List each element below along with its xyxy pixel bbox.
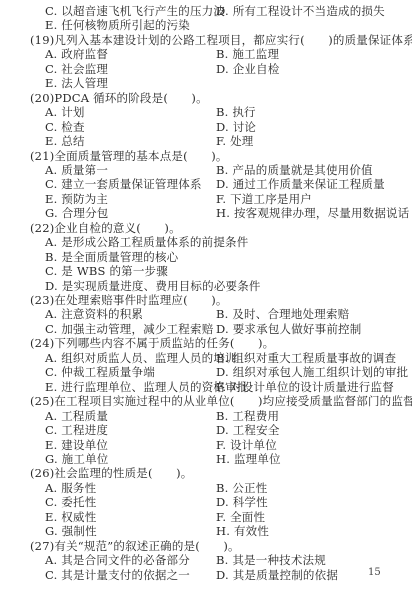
- answer-option: B. 工程费用: [216, 409, 279, 424]
- question-stem: (25)在工程项目实施过程中的从业单位( )均应接受质量监督部门的监督。: [30, 394, 412, 409]
- answer-option: F. 全面性: [216, 510, 265, 525]
- answer-option: F. 处理: [216, 134, 254, 149]
- answer-option: D. 要求承包人做好事前控制: [216, 322, 361, 337]
- answer-option: F. 设计单位: [216, 438, 277, 453]
- answer-option: D. 组织对承包人施工组织计划的审批: [216, 365, 408, 380]
- answer-option: A. 服务性: [45, 481, 96, 496]
- answer-option: C. 是 WBS 的第一步骤: [45, 264, 168, 279]
- answer-option: A. 是形成公路工程质量体系的前提条件: [45, 235, 248, 250]
- answer-option: A. 计划: [45, 105, 85, 120]
- answer-option: A. 工程质量: [45, 409, 108, 424]
- answer-option: E. 预防为主: [45, 192, 108, 207]
- answer-option: E. 建设单位: [45, 438, 108, 453]
- answer-option: D. 是实现质量进度、费用目标的必要条件: [45, 279, 261, 294]
- answer-option: D. 企业自检: [216, 62, 280, 77]
- answer-option: G. 强制性: [45, 524, 97, 539]
- answer-option: C. 加强主动管理，减少工程索赔: [45, 322, 213, 337]
- answer-option: B. 是全面质量管理的核心: [45, 250, 178, 265]
- answer-option: B. 组织对重大工程质量事故的调查: [216, 351, 396, 366]
- answer-option: G. 施工单位: [45, 452, 109, 467]
- question-stem: (22)企业自检的意义( )。: [30, 221, 181, 236]
- question-stem: (20)PDCA 循环的阶段是( )。: [30, 91, 208, 106]
- answer-option: D. 工程安全: [216, 423, 280, 438]
- question-stem: (21)全面质量管理的基本点是( )。: [30, 149, 228, 164]
- answer-option: D. 讨论: [216, 120, 256, 135]
- answer-option: A. 注意资料的积累: [45, 307, 143, 322]
- question-stem: (23)在处理索赔事件时监理应( )。: [30, 293, 228, 308]
- answer-option: E. 法人管理: [45, 76, 108, 91]
- answer-option: A. 质量第一: [45, 163, 108, 178]
- answer-option: E. 总结: [45, 134, 85, 149]
- answer-option: F. 下道工序是用户: [216, 192, 312, 207]
- document-page: C. 以超音速飞机飞行产生的压力波D. 所有工程设计不当造成的损失E. 任何核物…: [0, 0, 412, 591]
- answer-option: B. 及时、合理地处理索赔: [216, 307, 349, 322]
- answer-option: B. 其是一种技术法规: [216, 553, 326, 568]
- page-number: 15: [368, 567, 381, 578]
- answer-option: F. 对设计单位的设计质量进行监督: [216, 380, 394, 395]
- answer-option: C. 仲裁工程质量争端: [45, 365, 155, 380]
- answer-option: C. 检查: [45, 120, 85, 135]
- answer-option: G. 合理分包: [45, 206, 109, 221]
- answer-option: B. 施工监理: [216, 47, 279, 62]
- answer-option: E. 任何核物质所引起的污染: [45, 18, 190, 33]
- answer-option: B. 公正性: [216, 481, 267, 496]
- answer-option: C. 以超音速飞机飞行产生的压力波: [45, 4, 225, 19]
- question-stem: (19)凡列入基本建设计划的公路工程项目，都应实行( )的质量保证体系。: [30, 33, 412, 48]
- question-stem: (27)有关“规范”的叙述正确的是( )。: [30, 539, 240, 554]
- answer-option: C. 建立一套质量保证管理体系: [45, 177, 202, 192]
- question-stem: (24)下列哪些内容不属于质监站的任务( )。: [30, 336, 274, 351]
- answer-option: H. 有效性: [216, 524, 269, 539]
- answer-option: H. 按客观规律办理，尽量用数据说话: [216, 206, 409, 221]
- answer-option: D. 科学性: [216, 495, 268, 510]
- answer-option: B. 产品的质量就是其使用价值: [216, 163, 373, 178]
- answer-option: H. 监理单位: [216, 452, 281, 467]
- answer-option: D. 其是质量控制的依据: [216, 568, 338, 583]
- answer-option: A. 组织对质监人员、监理人员的培训: [45, 351, 237, 366]
- answer-option: A. 其是合同文件的必备部分: [45, 553, 190, 568]
- answer-option: C. 工程进度: [45, 423, 108, 438]
- answer-option: A. 政府监督: [45, 47, 108, 62]
- answer-option: B. 执行: [216, 105, 256, 120]
- answer-option: E. 权威性: [45, 510, 96, 525]
- question-stem: (26)社会监理的性质是( )。: [30, 466, 192, 481]
- answer-option: C. 其是计量支付的依据之一: [45, 568, 190, 583]
- answer-option: D. 所有工程设计不当造成的损失: [216, 4, 385, 19]
- answer-option: C. 社会监理: [45, 62, 108, 77]
- answer-option: C. 委托性: [45, 495, 96, 510]
- answer-option: D. 通过工作质量来保证工程质量: [216, 177, 385, 192]
